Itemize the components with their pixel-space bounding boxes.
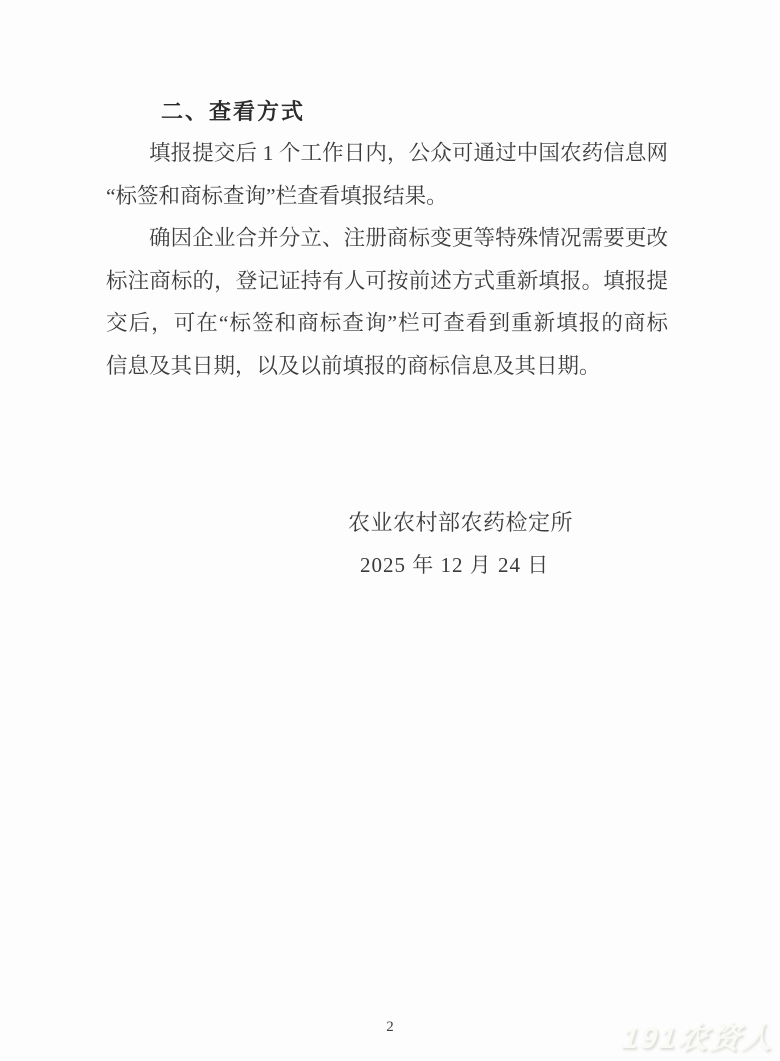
paragraph-line: 填报提交后 1 个工作日内，公众可通过中国农药信息网 — [106, 132, 668, 175]
site-watermark: 191农资人 — [620, 1013, 777, 1057]
document-date: 2025 年 12 月 24 日 — [360, 549, 549, 579]
document-body: 填报提交后 1 个工作日内，公众可通过中国农药信息网 “标签和商标查询”栏查看填… — [106, 132, 668, 388]
section-heading: 二、查看方式 — [161, 95, 305, 126]
paragraph-line: 交后，可在“标签和商标查询”栏可查看到重新填报的商标 — [106, 302, 668, 345]
paragraph-line: 信息及其日期，以及以前填报的商标信息及其日期。 — [106, 345, 668, 388]
paragraph-line: 标注商标的，登记证持有人可按前述方式重新填报。填报提 — [106, 260, 668, 303]
issuing-authority-signature: 农业农村部农药检定所 — [348, 506, 573, 537]
paragraph-line: 确因企业合并分立、注册商标变更等特殊情况需要更改 — [106, 217, 668, 260]
paragraph-line: “标签和商标查询”栏查看填报结果。 — [106, 175, 668, 218]
document-page: 二、查看方式 填报提交后 1 个工作日内，公众可通过中国农药信息网 “标签和商标… — [0, 0, 780, 1061]
